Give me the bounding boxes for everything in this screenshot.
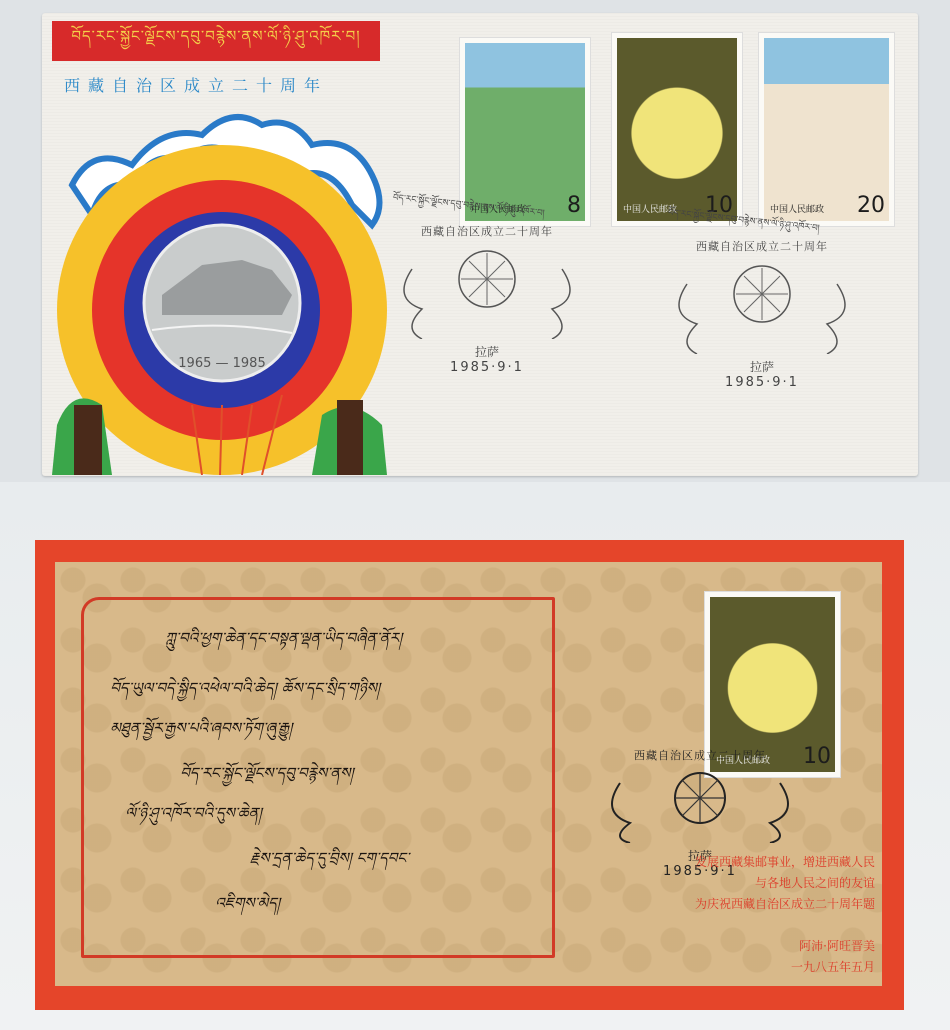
tibetan-banner: བོད་རང་སྐྱོང་ལྗོངས་དབུ་བརྙེས་ནས་ལོ་ཉི་ཤུ… (52, 21, 380, 61)
dharma-wheel-icon (667, 254, 857, 354)
inscription-line: 发展西藏集邮事业，增进西藏人民 (575, 852, 875, 873)
commemorative-card: ཀླུ་བའི་ཕྱག་ཆེན་དང་བསྟན་ལྡན་ཡིད་བཞིན་ནོར… (35, 540, 904, 1010)
calligraphy-line: མཐུན་སྦྱོར་རྒྱས་པའི་ཞབས་ཏོག་ཞུ་རྒྱུ། (110, 712, 292, 754)
inscription-line: 为庆祝西藏自治区成立二十周年题 (575, 894, 875, 915)
card-panel: ཀླུ་བའི་ཕྱག་ཆེན་དང་བསྟན་ལྡན་ཡིད་བཞིན་ནོར… (55, 562, 882, 986)
dharma-wheel-icon (600, 763, 800, 843)
inscription-line: 一九八五年五月 (575, 957, 875, 978)
inscription-line (575, 915, 875, 936)
calligraphy-line: ཀླུ་བའི་ཕྱག་ཆེན་དང་བསྟན་ལྡན་ཡིད་བཞིན་ནོར… (165, 622, 402, 664)
stamp-20-fen: 中国人民邮政 20 (759, 33, 894, 226)
calligraphy-line: བོད་ཡུལ་བདེ་སྐྱིད་འཕེལ་བའི་ཆེད། ཆོས་དང་ས… (110, 672, 380, 714)
coin-artwork: 1965 — 1985 (52, 105, 392, 475)
inscription: 发展西藏集邮事业，增进西藏人民与各地人民之间的友谊为庆祝西藏自治区成立二十周年题… (575, 852, 875, 978)
calligraphy-line: འཇིགས་མེད། (215, 887, 280, 929)
dharma-wheel-icon (392, 239, 582, 339)
calligraphy-line: ལོ་ཉི་ཤུ་འཁོར་བའི་དུས་ཆེན། (125, 797, 262, 839)
stamp-10-fen: 中国人民邮政 10 (612, 33, 742, 226)
cover-title: 西藏自治区成立二十周年 (64, 73, 328, 96)
postmark-2: བོད་རང་སྐྱོང་ལྗོངས་དབུ་བརྙེས་ནས་ལོ་ཉི་ཤུ… (667, 213, 857, 390)
commemorative-cover: བོད་རང་སྐྱོང་ལྗོངས་དབུ་བརྙེས་ནས་ལོ་ཉི་ཤུ… (42, 13, 918, 476)
inscription-line: 阿沛·阿旺晋美 (575, 936, 875, 957)
postmark-1: བོད་རང་སྐྱོང་ལྗོངས་དབུ་བརྙེས་ནས་ལོ་ཉི་ཤུ… (392, 198, 582, 375)
inscription-line: 与各地人民之间的友谊 (575, 873, 875, 894)
svg-text:1965 — 1985: 1965 — 1985 (178, 356, 265, 371)
calligraphy-line: རྗེས་དྲན་ཆེད་དུ་བྲིས། ངག་དབང་ (250, 842, 409, 884)
calligraphy-line: བོད་རང་སྐྱོང་ལྗོངས་དབུ་བརྙེས་ནས། (180, 757, 353, 799)
stamp-value: 20 (857, 193, 885, 218)
